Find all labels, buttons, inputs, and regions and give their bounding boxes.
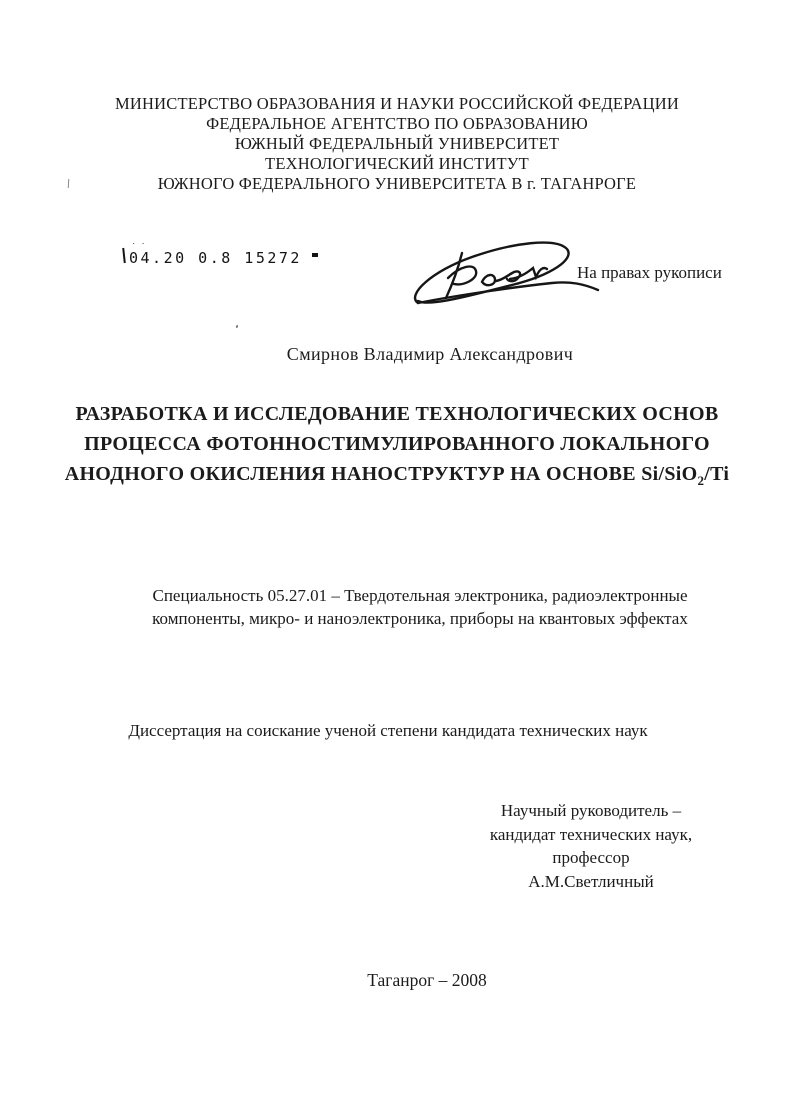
header-line-university: ЮЖНЫЙ ФЕДЕРАЛЬНЫЙ УНИВЕРСИТЕТ	[0, 134, 794, 154]
specialty-line-1: Специальность 05.27.01 – Твердотельная э…	[152, 584, 688, 607]
scan-dot-mark	[236, 325, 239, 329]
specialty-line-2: компоненты, микро- и наноэлектроника, пр…	[152, 607, 688, 630]
institution-header: МИНИСТЕРСТВО ОБРАЗОВАНИЯ И НАУКИ РОССИЙС…	[0, 94, 794, 194]
manuscript-rights-note: На правах рукописи	[577, 263, 722, 283]
header-line-institute: ТЕХНОЛОГИЧЕСКИЙ ИНСТИТУТ	[0, 154, 794, 174]
supervisor-name-line: А.М.Светличный	[490, 870, 692, 894]
handwritten-signature-icon	[404, 237, 604, 317]
specialty-block: Специальность 05.27.01 – Твердотельная э…	[152, 584, 688, 630]
stamp-dots-mark: ˙˙	[131, 243, 150, 253]
stamp-square-mark	[312, 253, 318, 257]
supervisor-degree-line: кандидат технических наук,	[490, 823, 692, 847]
supervisor-block: Научный руководитель – кандидат техничес…	[490, 799, 692, 893]
title-line-1: РАЗРАБОТКА И ИССЛЕДОВАНИЕ ТЕХНОЛОГИЧЕСКИ…	[0, 399, 794, 429]
author-name: Смирнов Владимир Александрович	[287, 344, 573, 365]
header-line-ministry: МИНИСТЕРСТВО ОБРАЗОВАНИЯ И НАУКИ РОССИЙС…	[0, 94, 794, 114]
stamp-number: 04.20 0.8 15272	[129, 249, 302, 267]
header-line-city: ЮЖНОГО ФЕДЕРАЛЬНОГО УНИВЕРСИТЕТА В г. ТА…	[0, 174, 794, 194]
city-year: Таганрог – 2008	[367, 970, 487, 991]
title-line-2: ПРОЦЕССА ФОТОННОСТИМУЛИРОВАННОГО ЛОКАЛЬН…	[0, 429, 794, 459]
stamp-bar-mark	[122, 248, 126, 263]
title-line-3-post: /Ti	[704, 463, 729, 485]
title-line-3-pre: АНОДНОГО ОКИСЛЕНИЯ НАНОСТРУКТУР НА ОСНОВ…	[65, 463, 698, 485]
supervisor-rank-line: профессор	[490, 846, 692, 870]
library-accession-stamp: ˙˙ 04.20 0.8 15272	[129, 249, 302, 267]
header-line-agency: ФЕДЕРАЛЬНОЕ АГЕНТСТВО ПО ОБРАЗОВАНИЮ	[0, 114, 794, 134]
supervisor-role-line: Научный руководитель –	[490, 799, 692, 823]
dissertation-title: РАЗРАБОТКА И ИССЛЕДОВАНИЕ ТЕХНОЛОГИЧЕСКИ…	[0, 399, 794, 489]
dissertation-degree-note: Диссертация на соискание ученой степени …	[128, 721, 647, 741]
title-line-3: АНОДНОГО ОКИСЛЕНИЯ НАНОСТРУКТУР НА ОСНОВ…	[0, 459, 794, 489]
dissertation-title-page: МИНИСТЕРСТВО ОБРАЗОВАНИЯ И НАУКИ РОССИЙС…	[0, 0, 794, 1095]
